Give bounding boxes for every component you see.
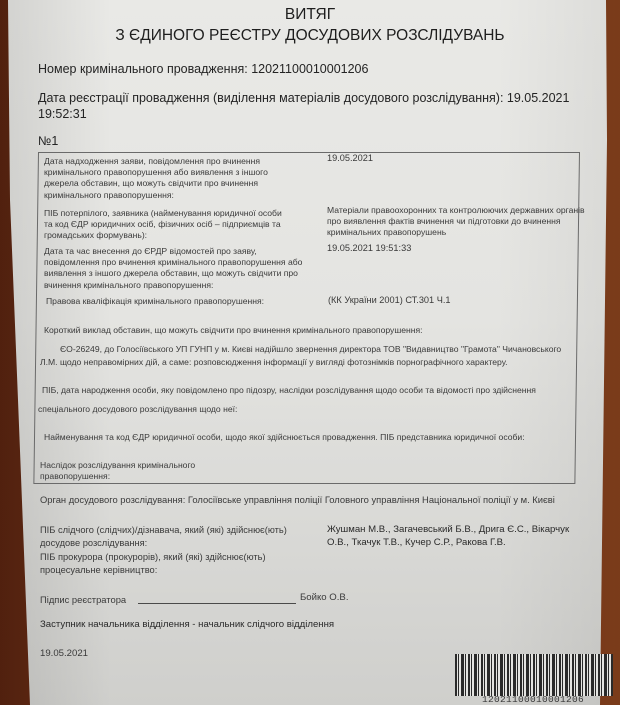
suspect-label: ПІБ, дата народження особи, яку повідомл… [42, 385, 536, 396]
registration-date: Дата реєстрації провадження (виділення м… [38, 91, 569, 105]
signature-line [138, 603, 296, 604]
position-title: Заступник начальника відділення - началь… [40, 619, 334, 630]
value-line: Жушман М.В., Загачевський Б.В., Дрига Є.… [327, 523, 569, 536]
label-line: кримінального правопорушення: [44, 190, 304, 201]
label-line: ПІБ слідчого (слідчих)/дізнавача, який (… [40, 524, 287, 537]
barcode [455, 654, 613, 696]
summary-text: ЄО-26249, до Голосіївського УП ГУНП у м.… [60, 344, 561, 355]
document-title: ВИТЯГ [0, 6, 620, 24]
document-date: 19.05.2021 [40, 648, 88, 659]
value-line: кримінальних правопорушень [327, 227, 597, 238]
registrar-label: Підпис реєстратора [40, 594, 126, 605]
table-row-label: ПІБ потерпілого, заявника (найменування … [44, 208, 309, 242]
table-row-value: Матеріали правоохоронних та контролюючих… [327, 205, 597, 239]
label-line: Дата надходження заяви, повідомлення про… [44, 156, 304, 167]
label-line: правопорушення: [40, 471, 195, 482]
table-row-value: 19.05.2021 19:51:33 [327, 243, 411, 254]
table-row-label: Дата та час внесення до ЄРДР відомостей … [44, 246, 319, 291]
label-line: процесуальне керівництво: [40, 564, 266, 577]
label-line: виявлення з іншого джерела обставин, що … [44, 268, 319, 279]
label-line: громадських формувань): [44, 230, 309, 241]
summary-label: Короткий виклад обставин, що можуть свід… [44, 325, 423, 336]
case-number: Номер кримінального провадження: 1202110… [38, 62, 368, 76]
label-line: та код ЄДР юридичних осіб, фізичних осіб… [44, 219, 309, 230]
label-line: кримінального правопорушення або виявлен… [44, 167, 304, 178]
label-line: Наслідок розслідування кримінального [40, 460, 195, 471]
table-row-label: Дата надходження заяви, повідомлення про… [44, 156, 304, 201]
barcode-number: 12021100010001206 [482, 694, 584, 705]
investigation-body: Орган досудового розслідування: Голосіїв… [40, 494, 555, 505]
entry-number: №1 [38, 134, 58, 148]
investigators-value: Жушман М.В., Загачевський Б.В., Дрига Є.… [327, 523, 569, 549]
value-line: Матеріали правоохоронних та контролюючих… [327, 205, 597, 216]
registrar-name: Бойко О.В. [300, 592, 349, 603]
registration-time: 19:52:31 [38, 107, 87, 121]
table-row-value: 19.05.2021 [327, 153, 373, 164]
result-label: Наслідок розслідування кримінального пра… [40, 460, 195, 482]
value-line: О.В., Ткачук Т.В., Кучер С.Р., Ракова Г.… [327, 536, 569, 549]
legal-entity-label: Найменування та код ЄДР юридичної особи,… [44, 432, 525, 443]
label-line: досудове розслідування: [40, 537, 287, 550]
prosecutor-label: ПІБ прокурора (прокурорів), який (які) з… [40, 551, 266, 577]
label-line: джерела обставин, що можуть свідчити про… [44, 178, 304, 189]
value-line: про виявлення фактів вчинення чи підгото… [327, 216, 597, 227]
summary-text: Л.М. щодо неправомірних дій, а саме: роз… [40, 357, 508, 368]
investigators-label: ПІБ слідчого (слідчих)/дізнавача, який (… [40, 524, 287, 550]
label-line: повідомлення про вчинення кримінального … [44, 257, 319, 268]
label-line: ПІБ потерпілого, заявника (найменування … [44, 208, 309, 219]
label-line: ПІБ прокурора (прокурорів), який (які) з… [40, 551, 266, 564]
table-row-label: Правова кваліфікація кримінального право… [46, 296, 264, 307]
table-row-value: (КК України 2001) СТ.301 Ч.1 [328, 295, 450, 306]
suspect-label: спеціального досудового розслідування що… [38, 404, 237, 415]
label-line: вчинення кримінального правопорушення: [44, 280, 319, 291]
document-subtitle: З ЄДИНОГО РЕЄСТРУ ДОСУДОВИХ РОЗСЛІДУВАНЬ [0, 27, 620, 45]
label-line: Дата та час внесення до ЄРДР відомостей … [44, 246, 319, 257]
